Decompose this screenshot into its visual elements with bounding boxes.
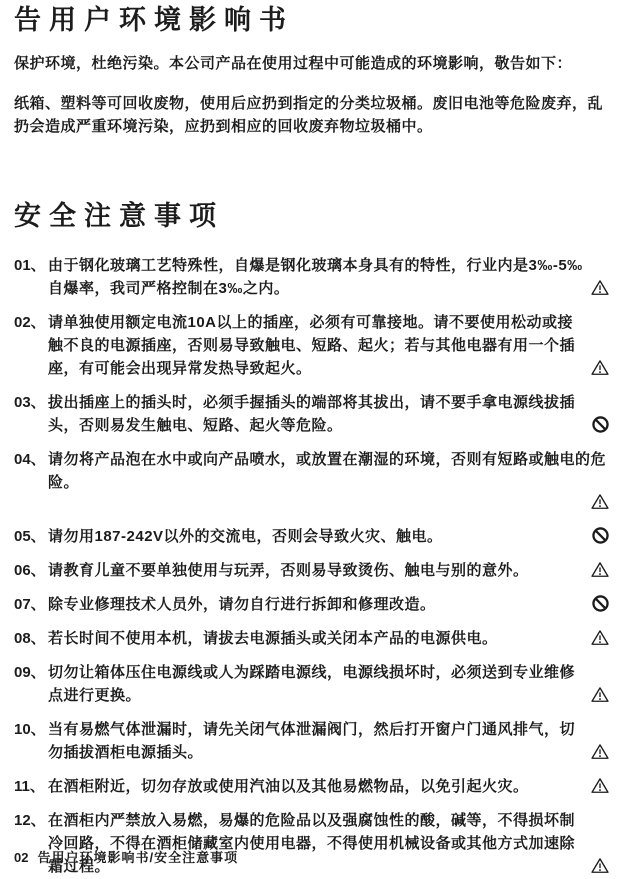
item-number: 06、	[14, 559, 46, 582]
item-text: 切勿让箱体压住电源线或人为踩踏电源线，电源线损坏时，必须送到专业维修点进行更换。	[48, 664, 575, 704]
safety-item: 07、 除专业修理技术人员外，请勿自行进行拆卸和修理改造。	[14, 593, 609, 616]
page-footer: 02告用户环境影响书/安全注意事项	[14, 847, 238, 866]
item-text: 在酒柜附近，切勿存放或使用汽油以及其他易燃物品，以免引起火灾。	[48, 778, 529, 795]
item-text: 当有易燃气体泄漏时，请先关闭气体泄漏阀门，然后打开窗户门通风排气，切勿插拔酒柜电…	[48, 721, 575, 761]
manual-page: 告用户环境影响书 保护环境，杜绝污染。本公司产品在使用过程中可能造成的环境影响，…	[0, 0, 625, 879]
warning-triangle-icon	[591, 777, 609, 794]
item-number: 01、	[14, 254, 46, 277]
item-number: 12、	[14, 809, 46, 832]
warning-triangle-icon	[591, 493, 609, 510]
safety-item: 06、 请教育儿童不要单独使用与玩弄，否则易导致烫伤、触电与别的意外。	[14, 559, 609, 582]
item-text: 请勿用187-242V以外的交流电，否则会导致火灾、触电。	[48, 528, 443, 545]
safety-item: 05、 请勿用187-242V以外的交流电，否则会导致火灾、触电。	[14, 525, 609, 548]
warning-triangle-icon	[591, 279, 609, 296]
warning-triangle-icon	[591, 359, 609, 376]
item-number: 09、	[14, 661, 46, 684]
item-text: 请单独使用额定电流10A以上的插座，必须有可靠接地。请不要使用松动或接触不良的电…	[48, 314, 575, 377]
safety-item: 11、 在酒柜附近，切勿存放或使用汽油以及其他易燃物品，以免引起火灾。	[14, 775, 609, 798]
warning-triangle-icon	[591, 743, 609, 760]
safety-item: 01、 由于钢化玻璃工艺特殊性，自爆是钢化玻璃本身具有的特性，行业内是3‰-5‰…	[14, 254, 609, 300]
safety-item: 03、 拔出插座上的插头时，必须手握插头的端部将其拔出，请不要手拿电源线拔插头，…	[14, 391, 609, 437]
warning-triangle-icon	[591, 857, 609, 874]
item-number: 10、	[14, 718, 46, 741]
safety-item: 10、 当有易燃气体泄漏时，请先关闭气体泄漏阀门，然后打开窗户门通风排气，切勿插…	[14, 718, 609, 764]
warning-triangle-icon	[591, 686, 609, 703]
item-text: 除专业修理技术人员外，请勿自行进行拆卸和修理改造。	[48, 596, 436, 613]
item-number: 02、	[14, 311, 46, 334]
item-text: 请教育儿童不要单独使用与玩弄，否则易导致烫伤、触电与别的意外。	[48, 562, 529, 579]
item-number: 11、	[14, 775, 45, 798]
safety-section-title: 安全注意事项	[14, 200, 609, 233]
item-text: 若长时间不使用本机，请拔去电源插头或关闭本产品的电源供电。	[48, 630, 498, 647]
safety-item: 09、 切勿让箱体压住电源线或人为踩踏电源线，电源线损坏时，必须送到专业维修点进…	[14, 661, 609, 707]
footer-running-title: 告用户环境影响书/安全注意事项	[37, 850, 238, 865]
item-number: 03、	[14, 391, 46, 414]
safety-item: 08、 若长时间不使用本机，请拔去电源插头或关闭本产品的电源供电。	[14, 627, 609, 650]
prohibition-icon	[591, 527, 609, 544]
item-number: 08、	[14, 627, 46, 650]
environment-paragraph-1: 保护环境，杜绝污染。本公司产品在使用过程中可能造成的环境影响，敬告如下：	[14, 52, 609, 75]
footer-page-number: 02	[14, 850, 28, 865]
item-number: 07、	[14, 593, 46, 616]
prohibition-icon	[591, 595, 609, 612]
item-text: 由于钢化玻璃工艺特殊性，自爆是钢化玻璃本身具有的特性，行业内是3‰-5‰自爆率，…	[48, 257, 583, 297]
item-text: 拔出插座上的插头时，必须手握插头的端部将其拔出，请不要手拿电源线拔插头，否则易发…	[48, 394, 575, 434]
environment-section-title: 告用户环境影响书	[14, 4, 609, 37]
prohibition-icon	[591, 416, 609, 433]
safety-items: 01、 由于钢化玻璃工艺特殊性，自爆是钢化玻璃本身具有的特性，行业内是3‰-5‰…	[14, 254, 609, 878]
safety-item: 04、 请勿将产品泡在水中或向产品喷水，或放置在潮湿的环境，否则有短路或触电的危…	[14, 448, 609, 514]
item-number: 05、	[14, 525, 46, 548]
item-number: 04、	[14, 448, 46, 471]
item-text: 请勿将产品泡在水中或向产品喷水，或放置在潮湿的环境，否则有短路或触电的危险。	[48, 451, 606, 491]
safety-item: 12、 在酒柜内严禁放入易燃，易爆的危险品以及强腐蚀性的酸，碱等，不得损坏制冷回…	[14, 809, 609, 878]
warning-triangle-icon	[591, 561, 609, 578]
environment-paragraph-2: 纸箱、塑料等可回收废物，使用后应扔到指定的分类垃圾桶。废旧电池等危险废弃，乱扔会…	[14, 92, 609, 138]
safety-item: 02、 请单独使用额定电流10A以上的插座，必须有可靠接地。请不要使用松动或接触…	[14, 311, 609, 380]
warning-triangle-icon	[591, 629, 609, 646]
